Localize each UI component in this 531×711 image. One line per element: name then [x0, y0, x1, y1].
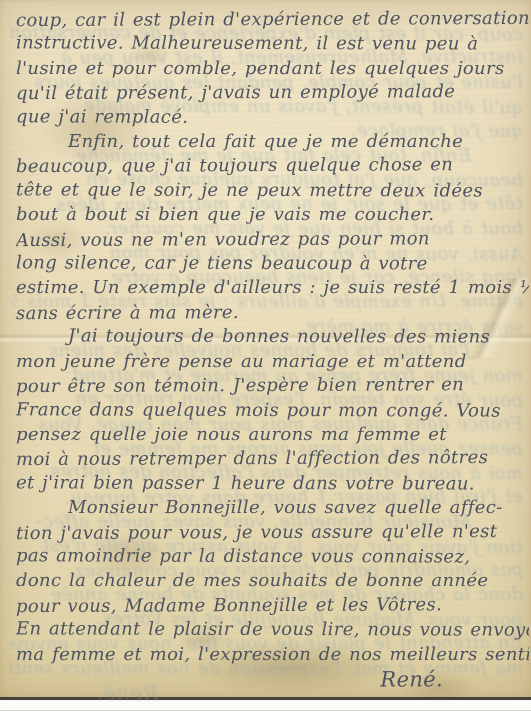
- letter-line: pensez quelle joie nous aurons ma femme …: [16, 423, 529, 447]
- letter-paper: coup, car il est plein d'expérience et d…: [0, 0, 531, 700]
- letter-line: l'usine et pour comble, pendant les quel…: [16, 57, 529, 81]
- letter-line: pour être son témoin. J'espère bien rent…: [16, 373, 529, 400]
- letter-line: tête et que le soir, je ne peux mettre d…: [16, 178, 529, 204]
- letter-line: estime. Un exemple d'ailleurs : je suis …: [16, 276, 529, 300]
- letter-line: pas amoindrie par la distance vous conna…: [16, 544, 529, 570]
- scanner-margin: [0, 701, 531, 711]
- signature: René.: [16, 666, 529, 694]
- letter-line: long silence, car je tiens beaucoup à vo…: [16, 251, 529, 277]
- letter-line: Enfin, tout cela fait que je me démanche: [16, 130, 529, 154]
- letter-line: Monsieur Bonnejille, vous savez quelle a…: [16, 496, 529, 520]
- letter-line: tion j'avais pour vous, je vous assure q…: [16, 519, 529, 546]
- letter-line: bout à bout si bien que je vais me couch…: [16, 203, 529, 227]
- letter-line: beaucoup, que j'ai toujours quelque chos…: [16, 153, 529, 180]
- letter-line: mon jeune frère pense au mariage et m'at…: [16, 350, 529, 374]
- letter-line: France dans quelques mois pour mon congé…: [16, 398, 529, 424]
- letter-line: pour vous, Madame Bonnejille et les Vôtr…: [16, 593, 529, 620]
- letter-line: ma femme et moi, l'expression de nos mei…: [16, 643, 529, 667]
- letter-line: En attendant le plaisir de vous lire, no…: [16, 617, 529, 643]
- letter-line: donc la chaleur de mes souhaits de bonne…: [16, 569, 529, 593]
- letter-line: sans écrire à ma mère.: [16, 300, 529, 327]
- letter-line: Aussi, vous ne m'en voudrez pas pour mon: [16, 227, 529, 254]
- letter-line: moi à nous retremper dans l'affection de…: [16, 446, 529, 473]
- letter-line: que j'ai remplacé.: [16, 105, 529, 131]
- letter-line: instructive. Malheureusement, il est ven…: [16, 32, 529, 58]
- letter-line: et j'irai bien passer 1 heure dans votre…: [16, 471, 529, 497]
- scanned-letter-page: coup, car il est plein d'expérience et d…: [0, 0, 531, 711]
- letter-line: coup, car il est plein d'expérience et d…: [16, 7, 529, 34]
- letter-line: qu'il était présent, j'avais un employé …: [16, 80, 529, 107]
- letter-line: J'ai toujours de bonnes nouvelles des mi…: [16, 325, 529, 351]
- handwritten-text: coup, car il est plein d'expérience et d…: [0, 0, 531, 693]
